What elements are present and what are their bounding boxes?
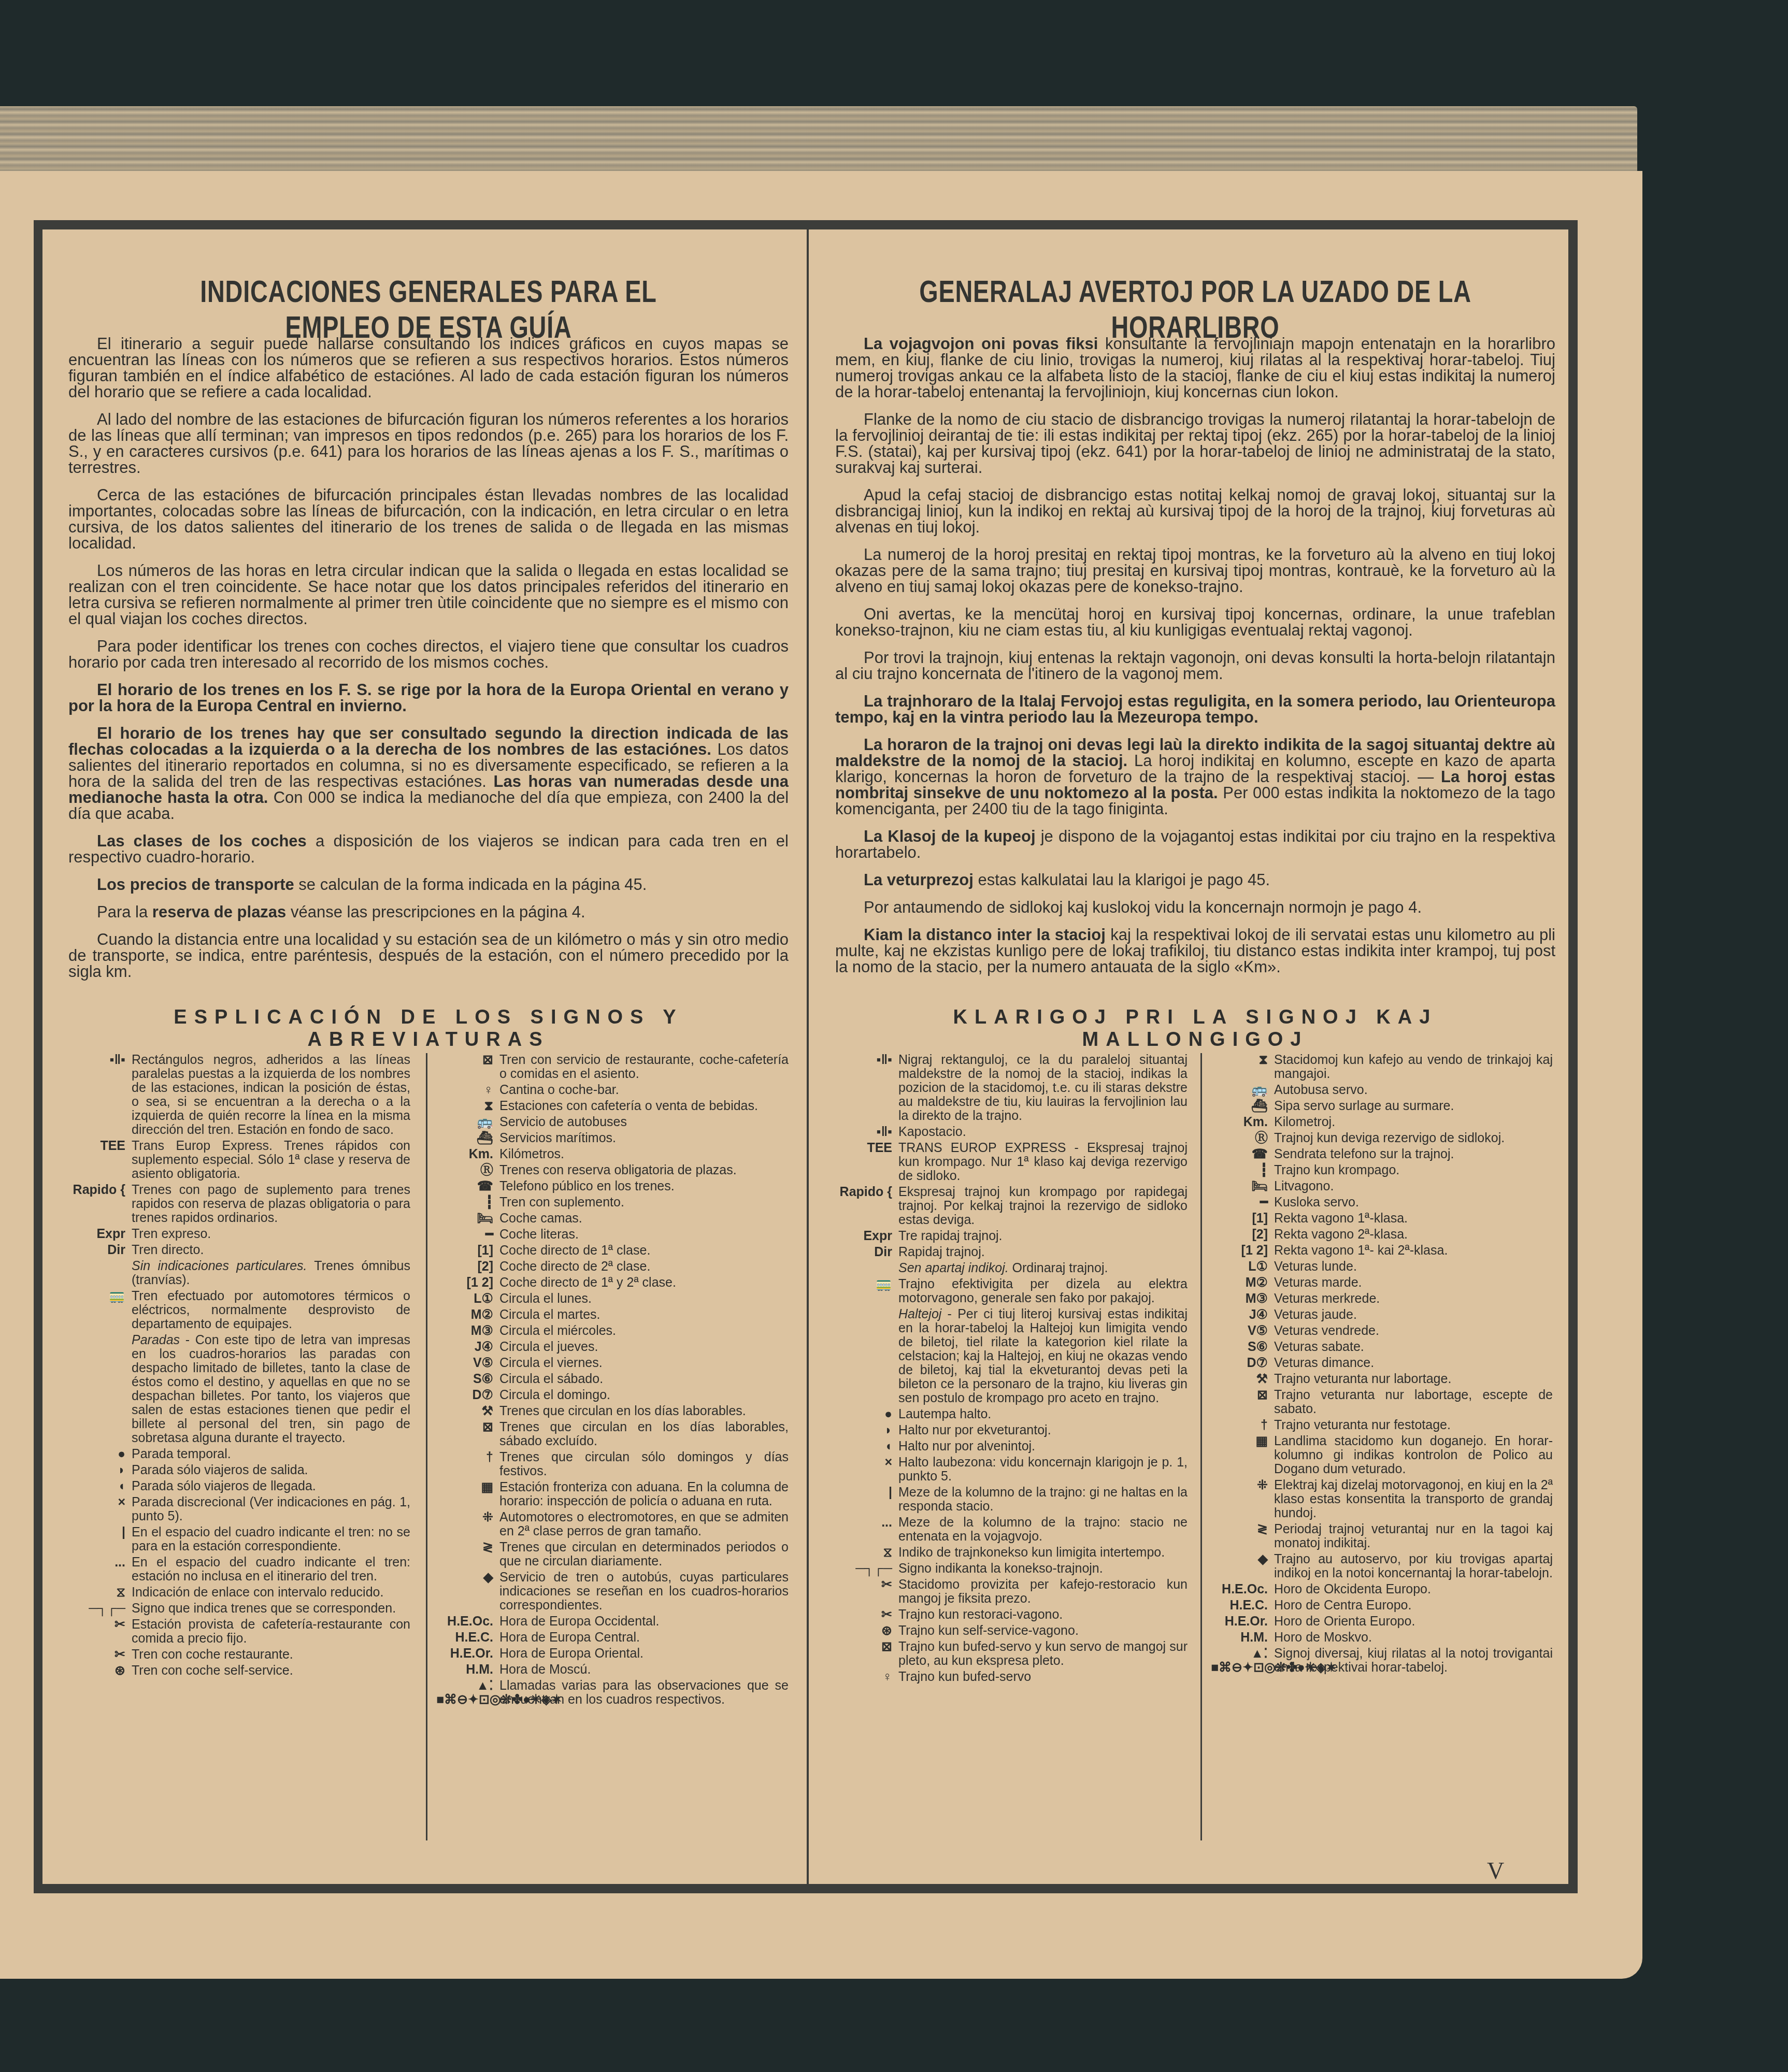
legend-description: Estaciones con cafetería o venta de bebi… xyxy=(499,1099,789,1113)
spanish-legend-col-1: ▪‖▪Rectángulos negros, adheridos a las l… xyxy=(68,1053,410,1680)
legend-text: Estación provista de cafetería-restauran… xyxy=(132,1617,410,1646)
legend-entry: ⊠Trajno veturanta nur labortage, escepte… xyxy=(1211,1388,1553,1416)
legend-description: Sin indicaciones particulares. Trenes óm… xyxy=(132,1259,410,1287)
legend-entry: ⊛Trajno kun self-service-vagono. xyxy=(835,1624,1188,1638)
legend-description: Autobusa servo. xyxy=(1274,1083,1553,1097)
legend-text: Parada sólo viajeros de salida. xyxy=(132,1463,308,1477)
legend-symbol-icon: ◆ xyxy=(436,1571,499,1613)
legend-description: Ekspresaj trajnoj kun krompago por rapid… xyxy=(898,1185,1188,1227)
legend-entry: ┇Tren con suplemento. xyxy=(436,1196,789,1210)
legend-description: Horo de Centra Europo. xyxy=(1274,1599,1553,1613)
legend-symbol-icon: † xyxy=(1211,1418,1274,1432)
legend-symbol-icon: 🛏 xyxy=(436,1212,499,1226)
legend-entry: Rapido {Ekspresaj trajnoj kun krompago p… xyxy=(835,1185,1188,1227)
legend-description: Parada temporal. xyxy=(132,1447,410,1461)
legend-text: Rekta vagono 1ª-klasa. xyxy=(1274,1211,1408,1226)
legend-entry: ExprTren expreso. xyxy=(68,1227,410,1241)
legend-symbol-icon: ⊛ xyxy=(68,1664,132,1678)
legend-symbol-icon: ... xyxy=(68,1556,132,1584)
legend-entry: ✂Estación provista de cafetería-restaura… xyxy=(68,1618,410,1646)
bold-phrase: El horario de los trenes hay que ser con… xyxy=(68,724,789,758)
legend-description: Signo indikanta la konekso-trajnojn. xyxy=(898,1562,1188,1576)
legend-entry: ×Parada discrecional (Ver indicaciones e… xyxy=(68,1495,410,1523)
legend-text: Halto nur por alvenintoj. xyxy=(898,1439,1035,1454)
legend-description: Litvagono. xyxy=(1274,1179,1553,1193)
legend-text: Tren con coche self-service. xyxy=(132,1663,293,1678)
legend-description: Llamadas varias para las observaciones q… xyxy=(499,1679,789,1707)
legend-text: Stacidomoj kun kafejo au vendo de trinka… xyxy=(1274,1053,1553,1081)
esperanto-legend-col-1: ▪‖▪Nigraj rektanguloj, ce la du paralelo… xyxy=(835,1053,1188,1686)
legend-text: Kusloka servo. xyxy=(1274,1195,1359,1210)
legend-text: Signoj diversaj, kiuj rilatas al la noto… xyxy=(1274,1646,1553,1675)
legend-entry: Sin indicaciones particulares. Trenes óm… xyxy=(68,1259,410,1287)
legend-entry: ⓇTrenes con reserva obligatoria de plaza… xyxy=(436,1163,789,1177)
legend-description: En el espacio del cuadro indicante el tr… xyxy=(132,1556,410,1584)
legend-symbol-icon: TEE xyxy=(835,1141,898,1183)
legend-symbol-icon: ◖ xyxy=(835,1440,898,1454)
legend-entry: V⑤Circula el viernes. xyxy=(436,1356,789,1370)
legend-symbol-icon: Expr xyxy=(835,1229,898,1243)
legend-text: Trenes que circulan en determinados peri… xyxy=(499,1540,789,1569)
legend-symbol-icon: ▲⁚■⌘⊖✦⊡◎❊✤●✳◈✶ xyxy=(436,1679,499,1707)
bold-phrase: La vojagvojon oni povas fiksi xyxy=(864,335,1098,353)
legend-entry: ●Parada temporal. xyxy=(68,1447,410,1461)
legend-symbol-icon: † xyxy=(436,1450,499,1478)
legend-text: Kilometroj. xyxy=(1274,1115,1335,1129)
legend-description: Hora de Moscú. xyxy=(499,1663,789,1677)
legend-description: Trajno efektivigita per dizela au elektr… xyxy=(898,1277,1188,1305)
legend-text: Coche literas. xyxy=(499,1227,579,1242)
legend-entry: V⑤Veturas vendrede. xyxy=(1211,1324,1553,1338)
legend-text: Veturas lunde. xyxy=(1274,1259,1357,1274)
instruction-paragraph: La Klasoj de la kupeoj je dispono de la … xyxy=(835,828,1555,860)
legend-description: Tren con coche self-service. xyxy=(132,1664,410,1678)
legend-text: Trajnoj kun deviga rezervigo de sidlokoj… xyxy=(1274,1131,1505,1145)
legend-symbol-icon: Rapido { xyxy=(835,1185,898,1227)
legend-description: Horo de Moskvo. xyxy=(1274,1631,1553,1645)
legend-description: Automotores o electromotores, en que se … xyxy=(499,1510,789,1538)
legend-symbol-icon: ─┐┌─ xyxy=(68,1602,132,1616)
paragraph-text: Para poder identificar los trenes con co… xyxy=(68,637,789,671)
legend-symbol-icon: 🚃 xyxy=(68,1289,132,1331)
legend-symbol-icon: 🛏 xyxy=(1211,1179,1274,1193)
legend-text: Hora de Moscú. xyxy=(499,1662,591,1677)
bold-phrase: Los precios de transporte xyxy=(97,875,294,894)
legend-description: Trajno au autoservo, por kiu trovigas ap… xyxy=(1274,1552,1553,1580)
legend-symbol-icon: M② xyxy=(436,1308,499,1322)
legend-description: Tren con suplemento. xyxy=(499,1196,789,1210)
legend-entry: †Trajno veturanta nur festotage. xyxy=(1211,1418,1553,1432)
legend-text: Trenes con reserva obligatoria de plazas… xyxy=(499,1163,737,1177)
legend-text: Trajno kun krompago. xyxy=(1274,1163,1399,1177)
legend-symbol-icon: ⛴ xyxy=(1211,1099,1274,1113)
legend-entry: ...Meze de la kolumno de la trajno: stac… xyxy=(835,1516,1188,1544)
paragraph-text: Por antaumendo de sidlokoj kaj kuslokoj … xyxy=(864,898,1422,916)
legend-entry: |En el espacio del cuadro indicante el t… xyxy=(68,1526,410,1553)
legend-symbol-icon: ▪‖▪ xyxy=(835,1053,898,1123)
legend-description: Trans Europ Express. Trenes rápidos con … xyxy=(132,1139,410,1181)
legend-entry: Paradas - Con este tipo de letra van imp… xyxy=(68,1333,410,1445)
legend-entry: [1 2]Coche directo de 1ª y 2ª clase. xyxy=(436,1276,789,1290)
legend-symbol-icon: ♀ xyxy=(436,1083,499,1097)
legend-entry: ☎Telefono público en los trenes. xyxy=(436,1179,789,1193)
legend-description: Circula el domingo. xyxy=(499,1388,789,1402)
legend-text: TRANS EUROP EXPRESS - Ekspresaj trajnoj … xyxy=(898,1141,1188,1183)
legend-symbol-icon: ✂ xyxy=(835,1578,898,1606)
legend-entry: ⧗Stacidomoj kun kafejo au vendo de trink… xyxy=(1211,1053,1553,1081)
instruction-paragraph: Al lado del nombre de las estaciones de … xyxy=(68,411,789,476)
legend-description: Telefono público en los trenes. xyxy=(499,1179,789,1193)
legend-description: Parada discrecional (Ver indicaciones en… xyxy=(132,1495,410,1523)
legend-text: Meze de la kolumno de la trajno: stacio … xyxy=(898,1515,1188,1544)
legend-symbol-icon: ⊛ xyxy=(835,1624,898,1638)
legend-symbol-icon: M③ xyxy=(436,1324,499,1338)
legend-entry: L①Circula el lunes. xyxy=(436,1292,789,1306)
legend-text: - Con este tipo de letra van impresas en… xyxy=(132,1333,410,1445)
legend-symbol-icon: ☎ xyxy=(436,1179,499,1193)
legend-description: Kapostacio. xyxy=(898,1125,1188,1139)
legend-text: Trenes con pago de suplemento para trene… xyxy=(132,1183,410,1225)
legend-symbol-icon: ☎ xyxy=(1211,1147,1274,1161)
legend-text: Circula el viernes. xyxy=(499,1356,603,1370)
legend-description: TRANS EUROP EXPRESS - Ekspresaj trajnoj … xyxy=(898,1141,1188,1183)
legend-entry: ▪‖▪Kapostacio. xyxy=(835,1125,1188,1139)
legend-entry: Sen apartaj indikoj. Ordinaraj trajnoj. xyxy=(835,1261,1188,1275)
legend-symbol-icon: H.M. xyxy=(436,1663,499,1677)
instruction-paragraph: La numeroj de la horoj presitaj en rekta… xyxy=(835,546,1555,595)
instruction-paragraph: Para la reserva de plazas véanse las pre… xyxy=(68,904,789,920)
legend-symbol-icon: ≷ xyxy=(436,1541,499,1569)
bold-phrase: La veturprezoj xyxy=(864,871,974,889)
legend-text: Litvagono. xyxy=(1274,1179,1334,1193)
esperanto-legend-title: KLARIGOJ PRI LA SIGNOJ KAJ MALLONGIGOJ xyxy=(835,1006,1555,1051)
legend-text: Trajno kun bufed-servo y kun servo de ma… xyxy=(898,1639,1188,1668)
paragraph-text: véanse las prescripciones en la página 4… xyxy=(286,903,585,921)
legend-description: Circula el lunes. xyxy=(499,1292,789,1306)
legend-description: Horo de Okcidenta Europo. xyxy=(1274,1582,1553,1596)
paragraph-text: La numeroj de la horoj presitaj en rekta… xyxy=(835,545,1555,596)
legend-text: En el espacio del cuadro indicante el tr… xyxy=(132,1555,410,1584)
legend-entry: [1]Rekta vagono 1ª-klasa. xyxy=(1211,1212,1553,1226)
legend-description: Tre rapidaj trajnoj. xyxy=(898,1229,1188,1243)
instruction-paragraph: Kiam la distanco inter la stacioj kaj la… xyxy=(835,927,1555,975)
legend-text: Servicios marítimos. xyxy=(499,1131,616,1145)
legend-symbol-icon: Dir xyxy=(835,1245,898,1259)
legend-description: Trajno kun bufed-servo y kun servo de ma… xyxy=(898,1640,1188,1668)
legend-text: Trajno veturanta nur labortage, escepte … xyxy=(1274,1388,1553,1416)
legend-symbol-icon: L① xyxy=(1211,1260,1274,1274)
legend-symbol-icon: ... xyxy=(835,1516,898,1544)
italic-term: Haltejoj xyxy=(898,1307,941,1321)
legend-description: Veturas sabate. xyxy=(1274,1340,1553,1354)
legend-entry: 🚌Servicio de autobuses xyxy=(436,1115,789,1129)
legend-entry: ×Halto laubezona: vidu koncernajn klarig… xyxy=(835,1456,1188,1484)
legend-description: Trenes con pago de suplemento para trene… xyxy=(132,1183,410,1225)
legend-entry: ▲⁚■⌘⊖✦⊡◎❊✤●✳◈✶Llamadas varias para las o… xyxy=(436,1679,789,1707)
legend-description: Rekta vagono 2ª-klasa. xyxy=(1274,1228,1553,1242)
paragraph-text: El itinerario a seguir puede hallarse co… xyxy=(68,335,789,401)
instruction-paragraph: La veturprezoj estas kalkulatai lau la k… xyxy=(835,872,1555,888)
legend-text: Trajno efektivigita per dizela au elektr… xyxy=(898,1277,1188,1305)
legend-entry: ─┐┌─Signo indikanta la konekso-trajnojn. xyxy=(835,1562,1188,1576)
legend-text: Tren expreso. xyxy=(132,1227,211,1241)
legend-entry: ▪‖▪Nigraj rektanguloj, ce la du paralelo… xyxy=(835,1053,1188,1123)
legend-description: En el espacio del cuadro indicante el tr… xyxy=(132,1526,410,1553)
esperanto-instructions: La vojagvojon oni povas fiksi konsultant… xyxy=(835,336,1555,986)
legend-symbol-icon: ● xyxy=(835,1407,898,1421)
legend-description: Trajno veturanta nur festotage. xyxy=(1274,1418,1553,1432)
bold-phrase: Kiam la distanco inter la stacioj xyxy=(864,926,1106,944)
legend-symbol-icon: D⑦ xyxy=(436,1388,499,1402)
legend-entry: ...En el espacio del cuadro indicante el… xyxy=(68,1556,410,1584)
legend-entry: DirRapidaj trajnoj. xyxy=(835,1245,1188,1259)
legend-text: Trajno veturanta nur labortage. xyxy=(1274,1372,1451,1386)
legend-symbol-icon: ◗ xyxy=(835,1423,898,1437)
legend-text: Servicio de tren o autobús, cuyas partic… xyxy=(499,1570,789,1613)
legend-text: Stacidomo provizita per kafejo-restoraci… xyxy=(898,1577,1188,1606)
legend-symbol-icon: [1 2] xyxy=(1211,1244,1274,1258)
legend-entry: [2]Coche directo de 2ª clase. xyxy=(436,1260,789,1274)
legend-text: Circula el martes. xyxy=(499,1307,600,1322)
legend-description: Veturas dimance. xyxy=(1274,1356,1553,1370)
legend-description: Rekta vagono 1ª-klasa. xyxy=(1274,1212,1553,1226)
legend-symbol-icon: H.M. xyxy=(1211,1631,1274,1645)
legend-entry: ⚒Trajno veturanta nur labortage. xyxy=(1211,1372,1553,1386)
legend-symbol-icon: S⑥ xyxy=(1211,1340,1274,1354)
legend-symbol-icon: H.E.Oc. xyxy=(436,1615,499,1629)
legend-entry: 🚃Tren efectuado por automotores térmicos… xyxy=(68,1289,410,1331)
legend-symbol-icon: ▦ xyxy=(436,1480,499,1508)
legend-description: Parada sólo viajeros de llegada. xyxy=(132,1479,410,1493)
legend-entry: ▦Landlima stacidomo kun doganejo. En hor… xyxy=(1211,1434,1553,1476)
legend-entry: M③Veturas merkrede. xyxy=(1211,1292,1553,1306)
legend-text: Coche directo de 1ª y 2ª clase. xyxy=(499,1275,676,1290)
legend-description: Sendrata telefono sur la trajnoj. xyxy=(1274,1147,1553,1161)
legend-entry: H.M.Horo de Moskvo. xyxy=(1211,1631,1553,1645)
legend-symbol-icon: ━ xyxy=(1211,1196,1274,1210)
legend-description: Circula el viernes. xyxy=(499,1356,789,1370)
legend-description: Circula el miércoles. xyxy=(499,1324,789,1338)
legend-entry: 🚃Trajno efektivigita per dizela au elekt… xyxy=(835,1277,1188,1305)
legend-description: Coche directo de 1ª clase. xyxy=(499,1244,789,1258)
legend-entry: ☎Sendrata telefono sur la trajnoj. xyxy=(1211,1147,1553,1161)
legend-text: Horo de Moskvo. xyxy=(1274,1630,1372,1645)
legend-symbol-icon: ◆ xyxy=(1211,1552,1274,1580)
legend-symbol-icon: | xyxy=(835,1486,898,1514)
legend-description: Elektraj kaj dizelaj motorvagonoj, en ki… xyxy=(1274,1478,1553,1520)
legend-symbol-icon: J④ xyxy=(436,1340,499,1354)
legend-entry: 🚌Autobusa servo. xyxy=(1211,1083,1553,1097)
legend-description: Trajno kun krompago. xyxy=(1274,1163,1553,1177)
legend-entry: ─┐┌─Signo que indica trenes que se corre… xyxy=(68,1602,410,1616)
legend-text: Veturas merkrede. xyxy=(1274,1291,1380,1306)
column-divider xyxy=(807,229,809,1884)
legend-text: Estación fronteriza con aduana. En la co… xyxy=(499,1480,789,1508)
legend-description: Rectángulos negros, adheridos a las líne… xyxy=(132,1053,410,1137)
legend-text: Coche camas. xyxy=(499,1211,582,1226)
legend-description: Tren expreso. xyxy=(132,1227,410,1241)
legend-separator xyxy=(426,1053,427,1840)
legend-description: Estación fronteriza con aduana. En la co… xyxy=(499,1480,789,1508)
legend-symbol-icon: [1 2] xyxy=(436,1276,499,1290)
legend-entry: ⊠Trenes que circulan en los días laborab… xyxy=(436,1420,789,1448)
legend-description: Halto nur por ekveturantoj. xyxy=(898,1423,1188,1437)
legend-symbol-icon: ⊠ xyxy=(835,1640,898,1668)
paragraph-text: Los números de las horas en letra circul… xyxy=(68,562,789,628)
legend-entry: S⑥Circula el sábado. xyxy=(436,1372,789,1386)
legend-text: Tre rapidaj trajnoj. xyxy=(898,1229,1003,1243)
legend-symbol-icon: V⑤ xyxy=(436,1356,499,1370)
legend-text: Veturas dimance. xyxy=(1274,1356,1374,1370)
instruction-paragraph: Oni avertas, ke la mencütaj horoj en kur… xyxy=(835,606,1555,638)
legend-description: Indiko de trajnkonekso kun limigita inte… xyxy=(898,1546,1188,1560)
legend-symbol-icon: H.E.C. xyxy=(1211,1599,1274,1613)
legend-description: Tren directo. xyxy=(132,1243,410,1257)
legend-description: Veturas lunde. xyxy=(1274,1260,1553,1274)
legend-entry: L①Veturas lunde. xyxy=(1211,1260,1553,1274)
legend-description: Trenes que circulan sólo domingos y días… xyxy=(499,1450,789,1478)
legend-text: Tren efectuado por automotores térmicos … xyxy=(132,1289,410,1331)
legend-text: Trajno kun self-service-vagono. xyxy=(898,1623,1079,1638)
legend-entry: ⓇTrajnoj kun deviga rezervigo de sidloko… xyxy=(1211,1131,1553,1145)
legend-text: Periodaj trajnoj veturantaj nur en la ta… xyxy=(1274,1522,1553,1550)
legend-entry: M②Veturas marde. xyxy=(1211,1276,1553,1290)
legend-entry: H.E.C.Horo de Centra Europo. xyxy=(1211,1599,1553,1613)
legend-description: Nigraj rektanguloj, ce la du paraleloj s… xyxy=(898,1053,1188,1123)
legend-entry: Km.Kilometroj. xyxy=(1211,1115,1553,1129)
legend-text: Trenes que circulan en los días laborabl… xyxy=(499,1420,789,1448)
legend-symbol-icon: Ⓡ xyxy=(1211,1131,1274,1145)
legend-description: Meze de la kolumno de la trajno: gi ne h… xyxy=(898,1486,1188,1514)
legend-entry: J④Circula el jueves. xyxy=(436,1340,789,1354)
legend-description: Hora de Europa Occidental. xyxy=(499,1615,789,1629)
bold-phrase: Las clases de los coches xyxy=(97,832,307,850)
paragraph-text: Por trovi la trajnojn, kiuj entenas la r… xyxy=(835,649,1555,683)
italic-term: Sin indicaciones particulares. xyxy=(132,1259,307,1273)
legend-entry: ♀Cantina o coche-bar. xyxy=(436,1083,789,1097)
legend-description: Servicio de autobuses xyxy=(499,1115,789,1129)
legend-text: Indiko de trajnkonekso kun limigita inte… xyxy=(898,1545,1165,1560)
esperanto-legend-col-2: ⧗Stacidomoj kun kafejo au vendo de trink… xyxy=(1211,1053,1553,1677)
legend-entry: ⧖Indicación de enlace con intervalo redu… xyxy=(68,1586,410,1600)
legend-symbol-icon: ⧗ xyxy=(436,1099,499,1113)
legend-text: Hora de Europa Oriental. xyxy=(499,1646,643,1661)
legend-description: Circula el martes. xyxy=(499,1308,789,1322)
legend-text: Horo de Orienta Europo. xyxy=(1274,1614,1415,1629)
legend-text: Parada temporal. xyxy=(132,1447,231,1461)
legend-entry: DirTren directo. xyxy=(68,1243,410,1257)
legend-entry: ⚒Trenes que circulan en los días laborab… xyxy=(436,1404,789,1418)
legend-symbol-icon: ┇ xyxy=(436,1196,499,1210)
legend-description: Hora de Europa Oriental. xyxy=(499,1647,789,1661)
legend-text: Elektraj kaj dizelaj motorvagonoj, en ki… xyxy=(1274,1478,1553,1520)
legend-entry: |Meze de la kolumno de la trajno: gi ne … xyxy=(835,1486,1188,1514)
legend-description: Trenes que circulan en los días laborabl… xyxy=(499,1420,789,1448)
legend-description: Trajno kun bufed-servo xyxy=(898,1670,1188,1684)
legend-symbol-icon: ◖ xyxy=(68,1479,132,1493)
legend-entry: ⛴Servicios marítimos. xyxy=(436,1131,789,1145)
legend-text: Cantina o coche-bar. xyxy=(499,1083,619,1097)
page-number: V xyxy=(1487,1857,1504,1884)
legend-text: Veturas sabate. xyxy=(1274,1340,1364,1354)
legend-description: Veturas marde. xyxy=(1274,1276,1553,1290)
legend-entry: M②Circula el martes. xyxy=(436,1308,789,1322)
legend-entry: ◗Parada sólo viajeros de salida. xyxy=(68,1463,410,1477)
legend-symbol-icon: Km. xyxy=(1211,1115,1274,1129)
legend-entry: ⧖Indiko de trajnkonekso kun limigita int… xyxy=(835,1546,1188,1560)
legend-description: Signoj diversaj, kiuj rilatas al la noto… xyxy=(1274,1647,1553,1675)
legend-entry: ✂Stacidomo provizita per kafejo-restorac… xyxy=(835,1578,1188,1606)
legend-description: Stacidomoj kun kafejo au vendo de trinka… xyxy=(1274,1053,1553,1081)
legend-symbol-icon: ▦ xyxy=(1211,1434,1274,1476)
legend-symbol-icon: ▲⁚■⌘⊖✦⊡◎❊✤●✳◈✶ xyxy=(1211,1647,1274,1675)
legend-entry: H.E.Or.Horo de Orienta Europo. xyxy=(1211,1615,1553,1629)
paragraph-text: Oni avertas, ke la mencütaj horoj en kur… xyxy=(835,605,1555,639)
legend-text: Rekta vagono 1ª- kai 2ª-klasa. xyxy=(1274,1243,1448,1258)
instruction-paragraph: Las clases de los coches a disposición d… xyxy=(68,833,789,865)
instruction-paragraph: Cuando la distancia entre una localidad … xyxy=(68,931,789,980)
legend-description: Periodaj trajnoj veturantaj nur en la ta… xyxy=(1274,1522,1553,1550)
legend-entry: ♀Trajno kun bufed-servo xyxy=(835,1670,1188,1684)
legend-description: Trajno veturanta nur labortage. xyxy=(1274,1372,1553,1386)
legend-text: Trajno kun bufed-servo xyxy=(898,1670,1031,1684)
legend-symbol-icon: L① xyxy=(436,1292,499,1306)
legend-symbol-icon: ⧖ xyxy=(835,1546,898,1560)
legend-description: Estación provista de cafetería-restauran… xyxy=(132,1618,410,1646)
legend-entry: ✂Trajno kun restoraci-vagono. xyxy=(835,1608,1188,1622)
legend-description: Rapidaj trajnoj. xyxy=(898,1245,1188,1259)
legend-text: - Per ci tiuj literoj kursivaj estas ind… xyxy=(898,1307,1188,1405)
legend-description: Indicación de enlace con intervalo reduc… xyxy=(132,1586,410,1600)
legend-description: Haltejoj - Per ci tiuj literoj kursivaj … xyxy=(898,1307,1188,1405)
italic-term: Paradas xyxy=(132,1333,180,1347)
legend-text: Circula el sábado. xyxy=(499,1372,603,1386)
legend-description: Halto nur por alvenintoj. xyxy=(898,1440,1188,1454)
legend-symbol-icon: TEE xyxy=(68,1139,132,1181)
legend-entry: Rapido {Trenes con pago de suplemento pa… xyxy=(68,1183,410,1225)
legend-text: Coche directo de 1ª clase. xyxy=(499,1243,650,1258)
legend-symbol-icon: S⑥ xyxy=(436,1372,499,1386)
legend-symbol-icon: 🚌 xyxy=(436,1115,499,1129)
legend-symbol-icon: ▪‖▪ xyxy=(68,1053,132,1137)
legend-entry: H.E.Oc.Horo de Okcidenta Europo. xyxy=(1211,1582,1553,1596)
content-frame: INDICACIONES GENERALES PARA EL EMPLEO DE… xyxy=(34,220,1578,1893)
legend-entry: [2]Rekta vagono 2ª-klasa. xyxy=(1211,1228,1553,1242)
legend-entry: J④Veturas jaude. xyxy=(1211,1308,1553,1322)
legend-description: Meze de la kolumno de la trajno: stacio … xyxy=(898,1516,1188,1544)
legend-description: Signo que indica trenes que se correspon… xyxy=(132,1602,410,1616)
legend-text: Veturas marde. xyxy=(1274,1275,1362,1290)
legend-entry: Km.Kilómetros. xyxy=(436,1147,789,1161)
legend-symbol-icon: × xyxy=(68,1495,132,1523)
legend-text: Landlima stacidomo kun doganejo. En hora… xyxy=(1274,1434,1553,1476)
instruction-paragraph: Cerca de las estaciónes de bifurcación p… xyxy=(68,487,789,551)
legend-text: Trajno kun restoraci-vagono. xyxy=(898,1607,1063,1622)
legend-description: Trajno veturanta nur labortage, escepte … xyxy=(1274,1388,1553,1416)
legend-description: Parada sólo viajeros de salida. xyxy=(132,1463,410,1477)
legend-description: Kilometroj. xyxy=(1274,1115,1553,1129)
legend-description: Veturas jaude. xyxy=(1274,1308,1553,1322)
legend-text: Tren directo. xyxy=(132,1243,204,1257)
legend-description: Sen apartaj indikoj. Ordinaraj trajnoj. xyxy=(898,1261,1188,1275)
bold-phrase: reserva de plazas xyxy=(152,903,287,921)
legend-description: Trenes con reserva obligatoria de plazas… xyxy=(499,1163,789,1177)
legend-symbol-icon: M③ xyxy=(1211,1292,1274,1306)
instruction-paragraph: Para poder identificar los trenes con co… xyxy=(68,638,789,670)
legend-symbol-icon: V⑤ xyxy=(1211,1324,1274,1338)
legend-text: Indicación de enlace con intervalo reduc… xyxy=(132,1585,383,1600)
legend-description: Halto laubezona: vidu koncernajn klarigo… xyxy=(898,1456,1188,1484)
